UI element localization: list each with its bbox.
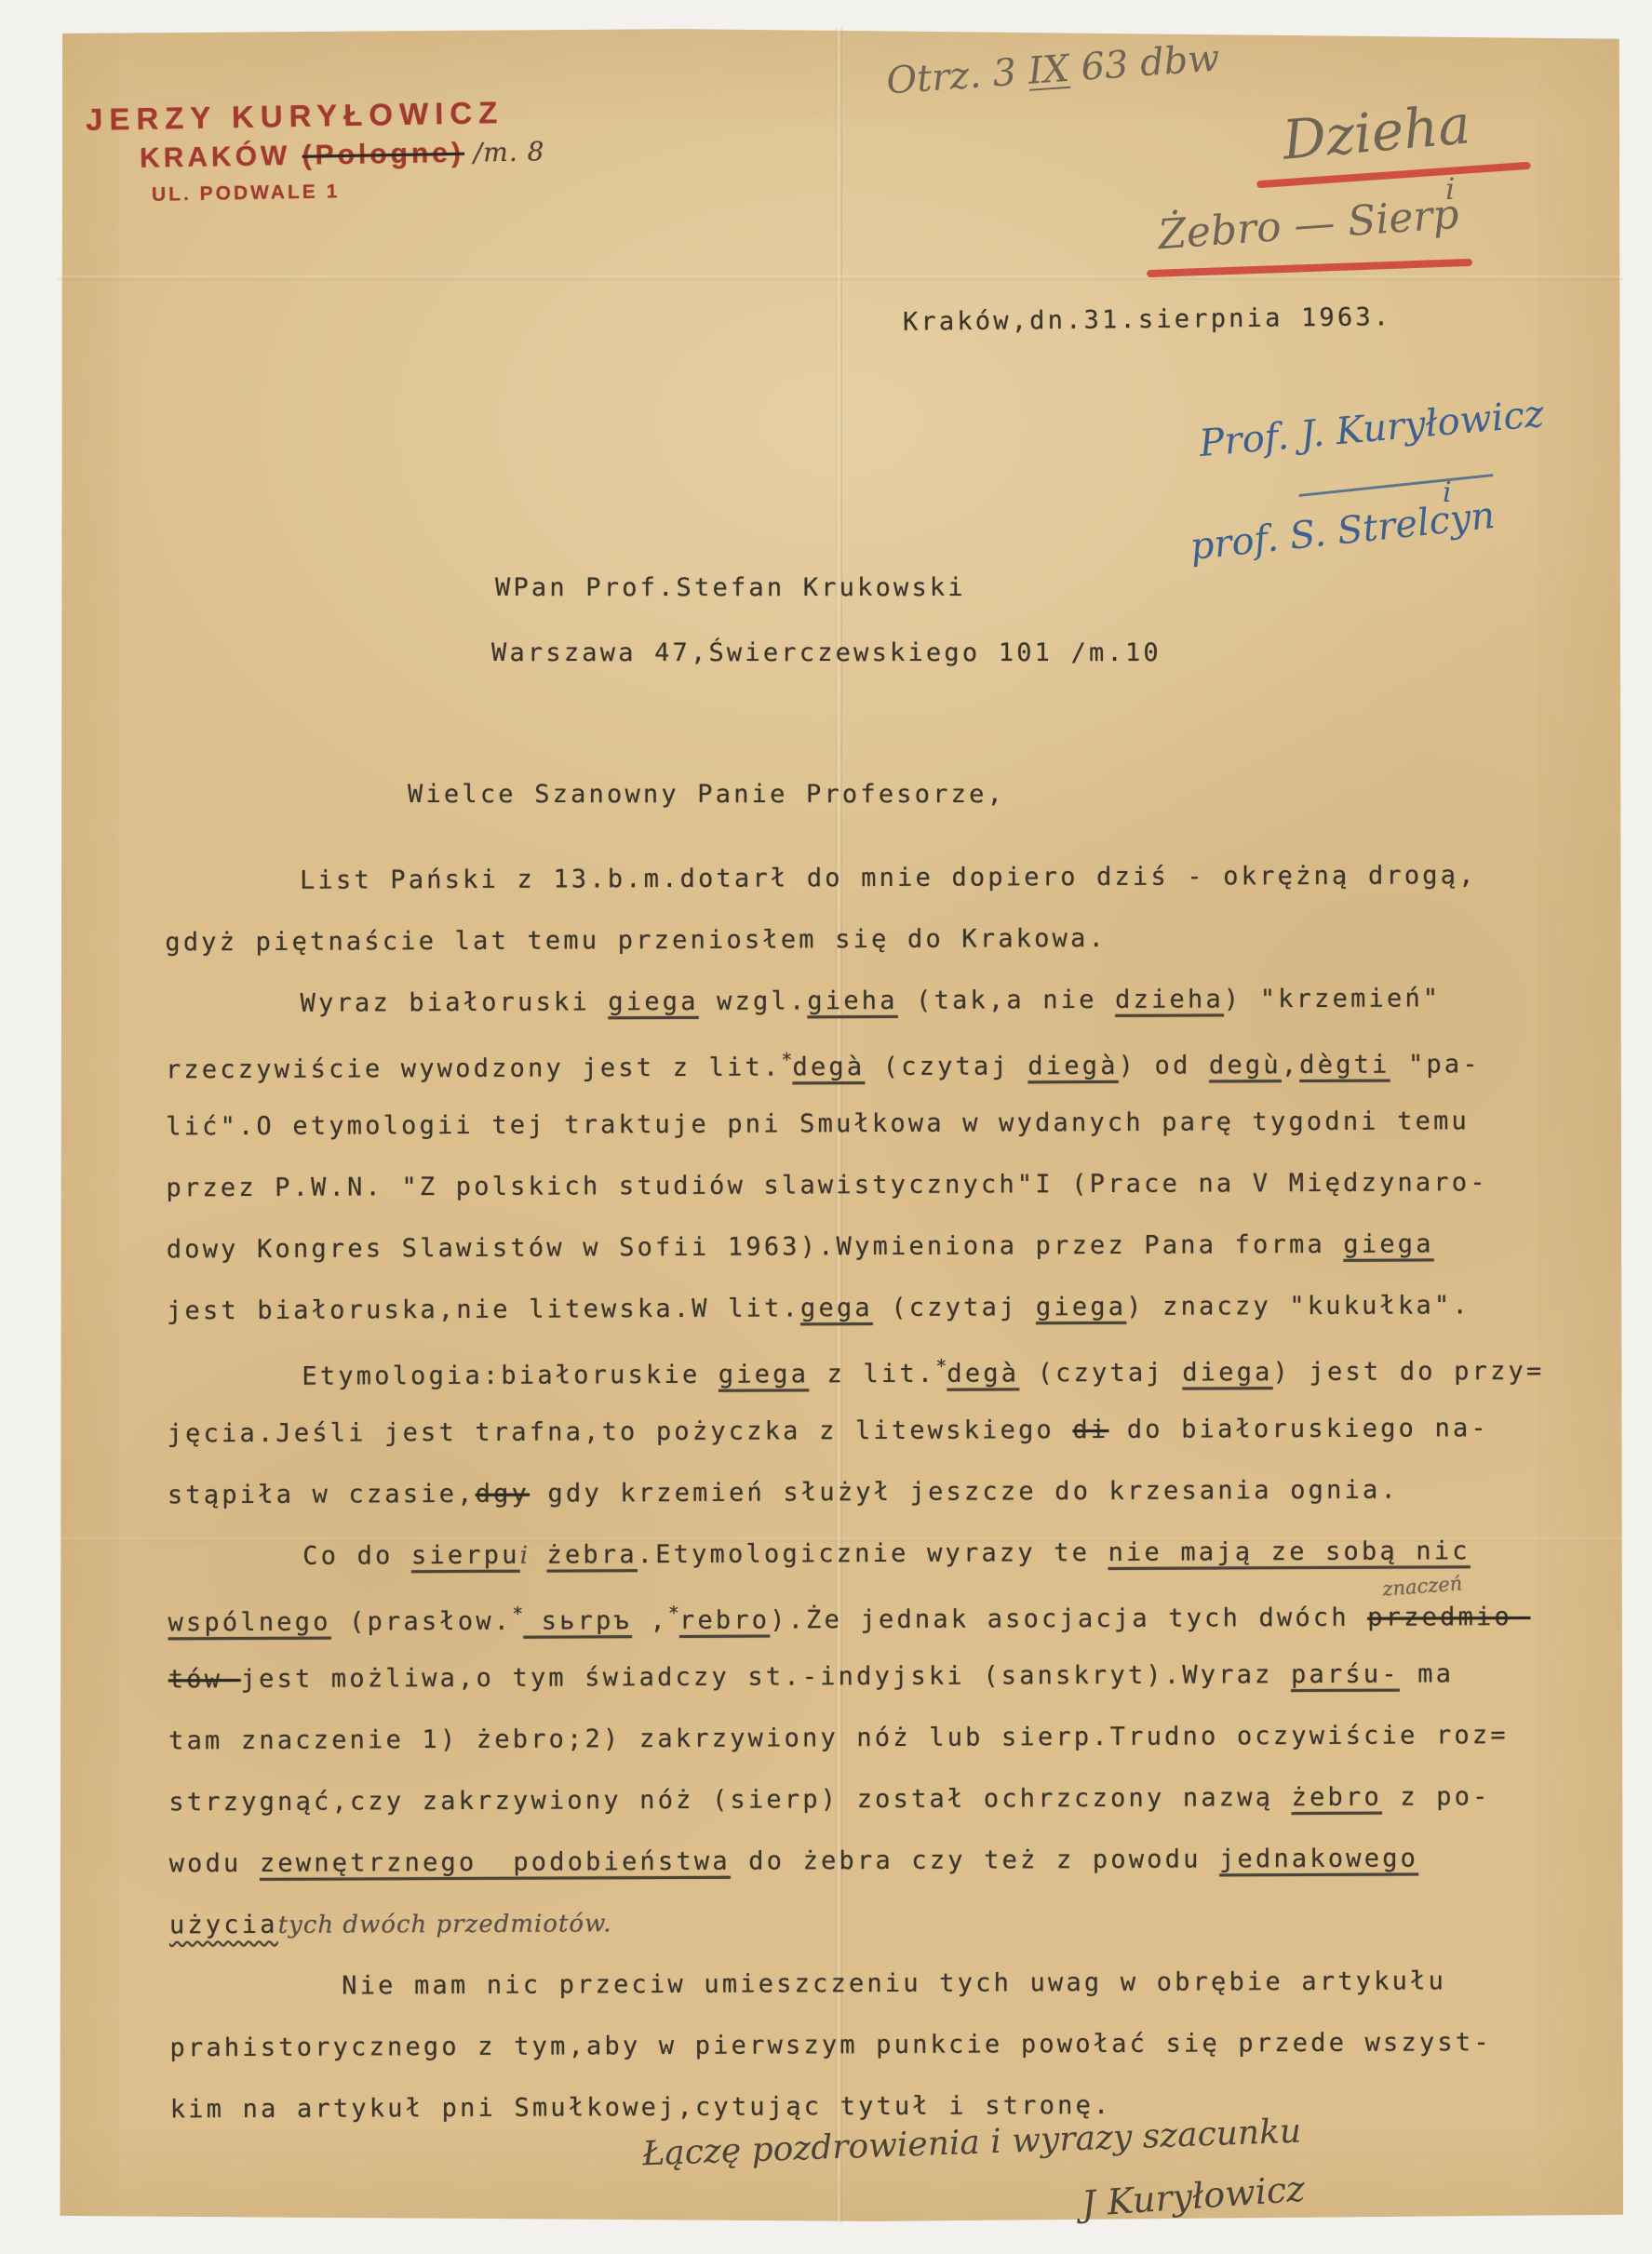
typed-segment: ) znaczy "kukułka". [1126,1291,1471,1322]
typed-segment: kim na artykuł pni Smułkowej,cytując tyt… [170,2091,1112,2124]
typed-segment: (czytaj [1019,1359,1182,1389]
typed-segment: tów- [168,1665,241,1694]
salutation: Wielce Szanowny Panie Profesorze, [408,780,1005,809]
typed-segment: ) od [1119,1051,1209,1080]
typed-segment: diegà [1027,1052,1118,1080]
typed-segment: "pa- [1390,1050,1480,1079]
typed-segment: Etymologia:białoruskie [302,1361,719,1391]
typed-segment: do żebra czy też z powodu [731,1845,1219,1875]
letterhead-apartment-handwritten: /m. 8 [464,136,545,168]
typed-segment: degù [1209,1051,1282,1080]
typed-segment: Co do [302,1541,411,1571]
typed-segment: giega [608,987,698,1016]
recipient-line1: WPan Prof.Stefan Krukowski [495,573,966,602]
typed-segment: użycia [169,1911,278,1940]
typed-segment: wspólnego [168,1608,330,1638]
typed-segment: (czytaj [865,1052,1027,1081]
typed-segment: wzgl. [699,986,808,1016]
letterhead-street: UL. PODWALE 1 [152,181,341,207]
typed-line: tów-jest możliwa,o tym świadczy st.-indy… [168,1659,1602,1727]
typed-segment: prahistorycznego z tym,aby w pierwszym p… [169,2028,1491,2062]
typed-segment: Wyraz białoruski [301,987,609,1017]
typed-segment: dowy Kongres Slawistów w Sofii 1963).Wym… [167,1230,1344,1265]
typed-segment: rzeczywiście wywodzony jest z lit. [166,1053,782,1084]
typed-segment: * [935,1355,947,1377]
typed-segment: di [1072,1415,1108,1444]
typed-line: lić".O etymologii tej traktuje pni Smułk… [166,1107,1599,1174]
typed-segment: Nie mam nic przeciw umieszczeniu tych uw… [342,1966,1446,2000]
typed-segment: dgy [476,1480,531,1509]
typed-line: dowy Kongres Slawistów w Sofii 1963).Wym… [167,1229,1600,1297]
typed-segment: (prasłow. [331,1607,513,1637]
typed-segment: przedmio- [1367,1603,1530,1632]
typed-segment: gdyż piętnaście lat temu przeniosłem się… [165,924,1107,957]
typed-segment: z lit. [809,1360,935,1389]
scanned-letter-page: JERZY KURYŁOWICZ KRAKÓW (Pologne) /m. 8 … [0,0,1652,2254]
typed-segment: parśu- [1291,1660,1400,1690]
typed-segment: diega [1182,1358,1272,1387]
typed-segment: tych dwóch przedmiotów. [278,1910,612,1939]
typed-segment: dègti [1299,1051,1390,1080]
typed-segment: giega [1343,1229,1433,1258]
typed-segment: i [520,1542,529,1570]
typed-segment: wodu [169,1849,260,1878]
typed-segment: sierpu [411,1541,520,1571]
horizontal-fold-crease-top [58,275,1623,280]
typed-segment [529,1541,547,1570]
typed-segment: zewnętrznego podobieństwa [260,1847,731,1878]
letterhead-country-struck: (Pologne) [302,138,464,171]
typed-line: prahistorycznego z tym,aby w pierwszym p… [169,2028,1603,2096]
dateline: Kraków,dn.31.sierpnia 1963. [903,302,1392,336]
typed-segment: do białoruskiego na- [1108,1414,1489,1444]
typed-segment: strzygnąć,czy zakrzywiony nóż (sierp) zo… [168,1783,1291,1817]
typed-line: Etymologia:białoruskie giega z lit.*degà… [167,1352,1600,1420]
typed-segment: * [668,1602,679,1624]
typed-line: tam znaczenie 1) żebro;2) zakrzywiony nó… [168,1721,1602,1789]
typed-segment: ma [1400,1659,1455,1688]
typed-segment: nie mają ze sobą nic [1108,1536,1471,1567]
typed-segment: .Etymologicznie wyrazy te [638,1538,1108,1569]
typed-segment: ).Że jednak asocjacja tych dwóch [770,1603,1367,1635]
typed-segment: degà [947,1359,1019,1388]
typed-line: jest białoruska,nie litewska.W lit.gega … [167,1291,1600,1359]
typed-segment: stąpiła w czasie, [168,1480,476,1509]
received-note-roman: IX [1027,47,1070,93]
typed-segment: dzieha [1115,985,1224,1014]
typed-line: strzygnąć,czy zakrzywiony nóż (sierp) zo… [168,1782,1602,1850]
typed-line: rzeczywiście wywodzony jest z lit.*degà … [166,1045,1599,1113]
typed-segment: ) "krzemień" [1224,984,1442,1013]
typed-line: Wyraz białoruski giega wzgl.gieha (tak,a… [166,984,1599,1052]
typed-segment: gdy krzemień służył jeszcze do krzesania… [530,1476,1399,1509]
typed-segment: przez P.W.N. "Z polskich studiów slawist… [166,1168,1487,1202]
typed-line: wodu zewnętrznego podobieństwa do żebra … [169,1844,1603,1912]
letterhead-city: KRAKÓW [140,141,302,174]
letter-body: List Pański z 13.b.m.dotarł do mnie dopi… [165,861,1604,2157]
typed-segment: ) jest do przy= [1273,1357,1545,1387]
typed-segment: gieha [807,986,897,1015]
typed-line: Nie mam nic przeciw umieszczeniu tych uw… [169,1966,1603,2034]
typed-segment: rebro [679,1606,770,1635]
recipient-line2: Warszawa 47,Świerczewskiego 101 /m.10 [491,638,1162,667]
typed-segment: (tak,a nie [898,986,1116,1015]
typed-segment: jest możliwa,o tym świadczy st.-indyjski… [241,1660,1292,1694]
typed-line: wspólnego (prasłow.* sьrpъ ,*rebro).Że j… [168,1598,1601,1666]
typed-line: List Pański z 13.b.m.dotarł do mnie dopi… [165,861,1598,929]
typed-segment: jednakowego [1219,1844,1418,1873]
typed-segment: gega [800,1294,873,1322]
typed-segment: żebra [546,1540,637,1569]
typed-segment: degà [792,1053,865,1081]
typed-segment: jest białoruska,nie litewska.W lit. [167,1294,800,1325]
typed-segment: żebro [1292,1783,1382,1812]
typed-segment: z po- [1382,1782,1491,1812]
typed-line: użyciatych dwóch przedmiotów. [169,1905,1603,1973]
typed-segment: * [781,1048,792,1070]
typed-segment: List Pański z 13.b.m.dotarł do mnie dopi… [300,861,1477,895]
typed-line: gdyż piętnaście lat temu przeniosłem się… [165,922,1598,990]
typed-segment: lić".O etymologii tej traktuje pni Smułk… [166,1107,1470,1141]
typed-line: przez P.W.N. "Z polskich studiów slawist… [166,1168,1599,1236]
typed-segment: (czytaj [873,1293,1036,1322]
typed-segment: jęcia.Jeśli jest trafna,to pożyczka z li… [168,1415,1073,1448]
typed-line: jęcia.Jeśli jest trafna,to pożyczka z li… [168,1414,1601,1482]
typed-segment: tam znaczenie 1) żebro;2) zakrzywiony nó… [168,1721,1509,1755]
typed-segment: , [1282,1051,1300,1080]
typed-segment: giega [1036,1293,1126,1322]
typed-segment: sьrpъ [523,1606,632,1636]
typed-line: stąpiła w czasie,dgy gdy krzemień służył… [168,1475,1601,1543]
typed-segment: giega [719,1360,809,1389]
typed-segment: * [512,1603,523,1625]
segment-with-note: przedmio-znaczeń [1367,1603,1530,1632]
letterhead-name: JERZY KURYŁOWICZ [86,95,504,138]
typed-segment: , [632,1606,668,1635]
